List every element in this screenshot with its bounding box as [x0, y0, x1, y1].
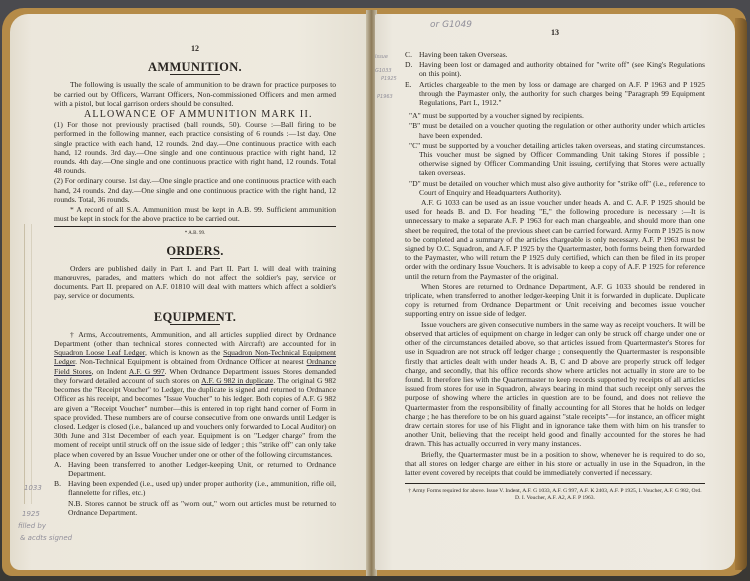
circumstance-item-e: E. Articles chargeable to the men by los… — [405, 80, 705, 108]
orders-heading: ORDERS. — [54, 247, 336, 256]
right-page-content: 13 C. Having been taken Overseas. D. Hav… — [405, 50, 705, 502]
text-run: , which is known as the — [145, 348, 223, 357]
spacer — [54, 499, 68, 517]
item-text: Having been transferred to another Ledge… — [68, 460, 336, 478]
text-run: † Arms, Accoutrements, Ammunition, and a… — [54, 330, 336, 348]
orders-section: ORDERS. Orders are published daily in Pa… — [54, 247, 336, 301]
underlined-text: A.F. G 982 in duplicate — [201, 376, 273, 385]
ammunition-item-2: (2) For ordinary course. 1st day.—One si… — [54, 176, 336, 204]
ammunition-record-note: * A record of all S.A. Ammunition must b… — [54, 205, 336, 223]
pencil-annotation: 1925 — [22, 510, 40, 518]
ammunition-intro: The following is usually the scale of am… — [54, 80, 336, 108]
voucher-rule-c: "C" must be supported by a voucher detai… — [405, 141, 705, 178]
text-run: . The original G 982 becomes the "Receip… — [54, 376, 336, 459]
pencil-annotation: 1033 — [24, 484, 42, 492]
equipment-paragraph: † Arms, Accoutrements, Ammunition, and a… — [54, 330, 336, 459]
pencil-margin-note: G1033 — [375, 68, 392, 74]
stores-returned-paragraph: When Stores are returned to Ordnance Dep… — [405, 282, 705, 319]
circumstance-item-b: B. Having been expended (i.e., used up) … — [54, 479, 336, 497]
issue-vouchers-paragraph: Issue vouchers are given consecutive num… — [405, 320, 705, 449]
pencil-margin-note: Issue — [375, 54, 388, 60]
nb-text: N.B. Stores cannot be struck off as "wor… — [68, 499, 336, 517]
item-text: Having been expended (i.e., used up) und… — [68, 479, 336, 497]
book-edge — [735, 18, 747, 570]
page-number: 12 — [54, 44, 336, 53]
item-label: D. — [405, 60, 419, 78]
footnote-rule — [405, 483, 705, 484]
voucher-rule-b: "B" must be detailed on a voucher quotin… — [405, 121, 705, 139]
voucher-rule-d: "D" must be detailed on voucher which mu… — [405, 179, 705, 197]
equipment-section: EQUIPMENT. † Arms, Accoutrements, Ammuni… — [54, 313, 336, 517]
text-run: , on Indent — [92, 367, 129, 376]
equipment-heading: EQUIPMENT. — [54, 313, 336, 322]
ammunition-footnote: * A.B. 99. — [54, 229, 336, 238]
nb-note: N.B. Stores cannot be struck off as "wor… — [54, 499, 336, 517]
pencil-margin-note: P1963 — [377, 94, 393, 100]
heading-rule — [170, 258, 220, 259]
ammunition-heading: AMMUNITION. — [54, 63, 336, 72]
item-label: C. — [405, 50, 419, 59]
item-label: B. — [54, 479, 68, 497]
heading-rule — [170, 324, 220, 325]
page-number: 13 — [405, 28, 705, 37]
ammunition-item-1: (1) For those not previously practised (… — [54, 120, 336, 175]
left-page-content: 12 AMMUNITION. The following is usually … — [54, 44, 336, 518]
heading-rule — [170, 74, 220, 75]
g1033-paragraph: A.F. G 1033 can be used as an issue vouc… — [405, 198, 705, 281]
circumstance-item-d: D. Having been lost or damaged and autho… — [405, 60, 705, 78]
item-text: Having been lost or damaged and authorit… — [419, 60, 705, 78]
underlined-text: Squadron Loose Leaf Ledger — [54, 348, 145, 357]
item-text: Having been taken Overseas. — [419, 50, 705, 59]
pencil-margin-note: P1925 — [381, 76, 397, 82]
left-page: 12 AMMUNITION. The following is usually … — [10, 14, 368, 570]
section-rule — [54, 226, 336, 227]
army-forms-footnote: † Army Forms required for above. Issue V… — [405, 488, 705, 502]
item-text: Articles chargeable to the men by loss o… — [419, 80, 705, 108]
circumstance-item-c: C. Having been taken Overseas. — [405, 50, 705, 59]
text-run: . Non-Technical Equipment is obtained fr… — [75, 357, 306, 366]
allowance-subheading: ALLOWANCE OF AMMUNITION MARK II. — [84, 110, 336, 119]
circumstance-item-a: A. Having been transferred to another Le… — [54, 460, 336, 478]
page-tear-mark — [24, 224, 32, 504]
ammunition-section: AMMUNITION. The following is usually the… — [54, 63, 336, 238]
item-label: E. — [405, 80, 419, 108]
pencil-annotation: & acdts signed — [20, 534, 72, 542]
briefly-paragraph: Briefly, the Quartermaster must be in a … — [405, 450, 705, 478]
item-label: A. — [54, 460, 68, 478]
underlined-text: A.F. G 997 — [129, 367, 165, 376]
right-page: or G1049 Issue G1033 P1925 P1963 13 C. H… — [375, 14, 735, 570]
voucher-rule-a: "A" must be supported by a voucher signe… — [405, 111, 705, 120]
orders-body: Orders are published daily in Part I. an… — [54, 264, 336, 301]
pencil-annotation: filled by — [18, 522, 46, 530]
